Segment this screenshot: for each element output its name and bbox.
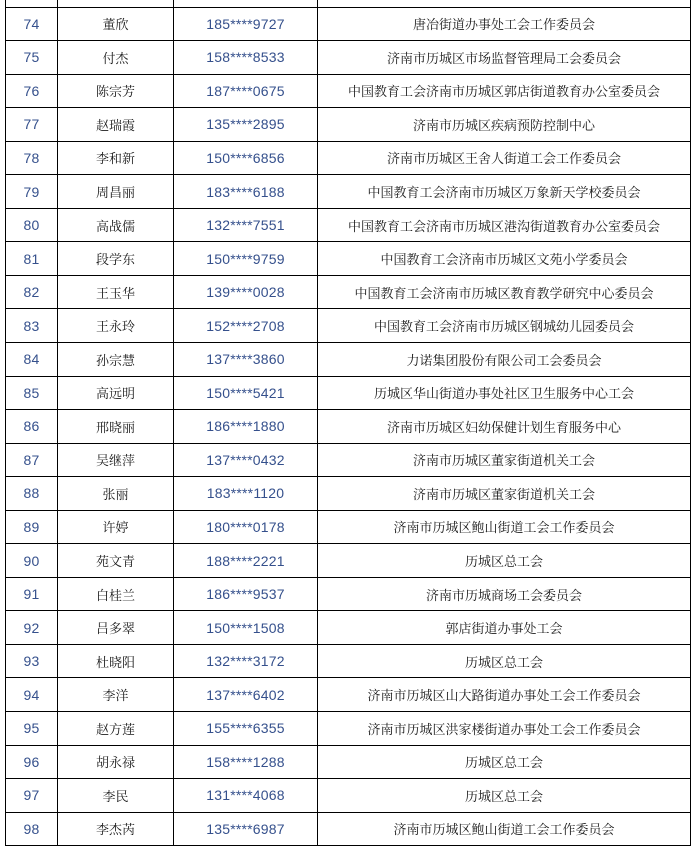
name-cell: 李洋 xyxy=(58,678,174,712)
name-cell: 赵瑞霞 xyxy=(58,108,174,142)
index-cell: 93 xyxy=(6,644,58,678)
org-cell: 历城区总工会 xyxy=(318,644,691,678)
phone-cell: 139****0028 xyxy=(174,275,318,309)
name-cell: 周昌丽 xyxy=(58,175,174,209)
table-row: 87吴继萍137****0432济南市历城区董家街道机关工会 xyxy=(6,443,691,477)
org-cell: 历城区总工会 xyxy=(318,745,691,779)
phone-cell: 137****6402 xyxy=(174,678,318,712)
table-row: 92吕多翠150****1508郭店街道办事处工会 xyxy=(6,611,691,645)
phone-cell: 188****2221 xyxy=(174,544,318,578)
name-cell: 胡永禄 xyxy=(58,745,174,779)
clipped-row xyxy=(6,0,691,7)
table-row: 82王玉华139****0028中国教育工会济南市历城区教育教学研究中心委员会 xyxy=(6,275,691,309)
name-cell: 孙宗慧 xyxy=(58,342,174,376)
table-row: 90苑文青188****2221历城区总工会 xyxy=(6,544,691,578)
name-cell: 陈宗芳 xyxy=(58,74,174,108)
org-cell: 中国教育工会济南市历城区郭店街道教育办公室委员会 xyxy=(318,74,691,108)
org-cell: 中国教育工会济南市历城区钢城幼儿园委员会 xyxy=(318,309,691,343)
table-row: 83王永玲152****2708中国教育工会济南市历城区钢城幼儿园委员会 xyxy=(6,309,691,343)
index-cell: 81 xyxy=(6,242,58,276)
name-cell: 王玉华 xyxy=(58,275,174,309)
name-cell: 赵方莲 xyxy=(58,711,174,745)
clipped-cell xyxy=(58,0,174,7)
name-cell: 张丽 xyxy=(58,477,174,511)
phone-cell: 137****0432 xyxy=(174,443,318,477)
org-cell: 济南市历城区山大路街道办事处工会工作委员会 xyxy=(318,678,691,712)
table-row: 91白桂兰186****9537济南市历城商场工会委员会 xyxy=(6,577,691,611)
name-cell: 苑文青 xyxy=(58,544,174,578)
index-cell: 94 xyxy=(6,678,58,712)
org-cell: 历城区总工会 xyxy=(318,779,691,813)
index-cell: 88 xyxy=(6,477,58,511)
phone-cell: 150****1508 xyxy=(174,611,318,645)
org-cell: 中国教育工会济南市历城区教育教学研究中心委员会 xyxy=(318,275,691,309)
org-cell: 力诺集团股份有限公司工会委员会 xyxy=(318,342,691,376)
phone-cell: 132****7551 xyxy=(174,208,318,242)
index-cell: 80 xyxy=(6,208,58,242)
name-cell: 李和新 xyxy=(58,141,174,175)
index-cell: 98 xyxy=(6,812,58,846)
org-cell: 中国教育工会济南市历城区万象新天学校委员会 xyxy=(318,175,691,209)
index-cell: 83 xyxy=(6,309,58,343)
name-cell: 李民 xyxy=(58,779,174,813)
phone-cell: 135****6987 xyxy=(174,812,318,846)
name-cell: 李杰芮 xyxy=(58,812,174,846)
phone-cell: 150****5421 xyxy=(174,376,318,410)
phone-cell: 158****8533 xyxy=(174,41,318,75)
phone-cell: 183****1120 xyxy=(174,477,318,511)
table-row: 84孙宗慧137****3860力诺集团股份有限公司工会委员会 xyxy=(6,342,691,376)
name-cell: 高远明 xyxy=(58,376,174,410)
table-row: 79周昌丽183****6188中国教育工会济南市历城区万象新天学校委员会 xyxy=(6,175,691,209)
index-cell: 75 xyxy=(6,41,58,75)
table-row: 80高战儒132****7551中国教育工会济南市历城区港沟街道教育办公室委员会 xyxy=(6,208,691,242)
org-cell: 济南市历城区市场监督管理局工会委员会 xyxy=(318,41,691,75)
index-cell: 97 xyxy=(6,779,58,813)
phone-cell: 131****4068 xyxy=(174,779,318,813)
name-cell: 董欣 xyxy=(58,7,174,41)
org-cell: 唐冶街道办事处工会工作委员会 xyxy=(318,7,691,41)
index-cell: 78 xyxy=(6,141,58,175)
index-cell: 85 xyxy=(6,376,58,410)
org-cell: 济南市历城区妇幼保健计划生育服务中心 xyxy=(318,410,691,444)
index-cell: 92 xyxy=(6,611,58,645)
table-row: 74董欣185****9727唐冶街道办事处工会工作委员会 xyxy=(6,7,691,41)
clipped-cell xyxy=(6,0,58,7)
index-cell: 82 xyxy=(6,275,58,309)
table-row: 89许婷180****0178济南市历城区鲍山街道工会工作委员会 xyxy=(6,510,691,544)
name-cell: 杜晓阳 xyxy=(58,644,174,678)
name-cell: 王永玲 xyxy=(58,309,174,343)
phone-cell: 132****3172 xyxy=(174,644,318,678)
clipped-cell xyxy=(174,0,318,7)
phone-cell: 152****2708 xyxy=(174,309,318,343)
phone-cell: 150****6856 xyxy=(174,141,318,175)
table-row: 85高远明150****5421历城区华山街道办事处社区卫生服务中心工会 xyxy=(6,376,691,410)
phone-cell: 187****0675 xyxy=(174,74,318,108)
org-cell: 济南市历城商场工会委员会 xyxy=(318,577,691,611)
table-row: 76陈宗芳187****0675中国教育工会济南市历城区郭店街道教育办公室委员会 xyxy=(6,74,691,108)
phone-cell: 135****2895 xyxy=(174,108,318,142)
index-cell: 74 xyxy=(6,7,58,41)
table-row: 88张丽183****1120济南市历城区董家街道机关工会 xyxy=(6,477,691,511)
phone-cell: 180****0178 xyxy=(174,510,318,544)
phone-cell: 137****3860 xyxy=(174,342,318,376)
org-cell: 济南市历城区疾病预防控制中心 xyxy=(318,108,691,142)
index-cell: 90 xyxy=(6,544,58,578)
org-cell: 济南市历城区董家街道机关工会 xyxy=(318,443,691,477)
table-row: 93杜晓阳132****3172历城区总工会 xyxy=(6,644,691,678)
index-cell: 96 xyxy=(6,745,58,779)
name-cell: 段学东 xyxy=(58,242,174,276)
index-cell: 79 xyxy=(6,175,58,209)
org-cell: 历城区华山街道办事处社区卫生服务中心工会 xyxy=(318,376,691,410)
org-cell: 中国教育工会济南市历城区港沟街道教育办公室委员会 xyxy=(318,208,691,242)
name-cell: 付杰 xyxy=(58,41,174,75)
table-row: 97李民131****4068历城区总工会 xyxy=(6,779,691,813)
index-cell: 77 xyxy=(6,108,58,142)
phone-cell: 183****6188 xyxy=(174,175,318,209)
table-row: 86邢晓丽186****1880济南市历城区妇幼保健计划生育服务中心 xyxy=(6,410,691,444)
name-cell: 吴继萍 xyxy=(58,443,174,477)
page: 74董欣185****9727唐冶街道办事处工会工作委员会75付杰158****… xyxy=(0,0,695,858)
org-cell: 济南市历城区王舍人街道工会工作委员会 xyxy=(318,141,691,175)
name-cell: 许婷 xyxy=(58,510,174,544)
org-cell: 中国教育工会济南市历城区文苑小学委员会 xyxy=(318,242,691,276)
index-cell: 95 xyxy=(6,711,58,745)
table-row: 95赵方莲155****6355济南市历城区洪家楼街道办事处工会工作委员会 xyxy=(6,711,691,745)
roster-body: 74董欣185****9727唐冶街道办事处工会工作委员会75付杰158****… xyxy=(6,0,691,846)
org-cell: 郭店街道办事处工会 xyxy=(318,611,691,645)
table-row: 81段学东150****9759中国教育工会济南市历城区文苑小学委员会 xyxy=(6,242,691,276)
phone-cell: 150****9759 xyxy=(174,242,318,276)
phone-cell: 185****9727 xyxy=(174,7,318,41)
name-cell: 高战儒 xyxy=(58,208,174,242)
org-cell: 济南市历城区董家街道机关工会 xyxy=(318,477,691,511)
index-cell: 87 xyxy=(6,443,58,477)
table-row: 77赵瑞霞135****2895济南市历城区疾病预防控制中心 xyxy=(6,108,691,142)
clipped-cell xyxy=(318,0,691,7)
table-row: 75付杰158****8533济南市历城区市场监督管理局工会委员会 xyxy=(6,41,691,75)
table-row: 98李杰芮135****6987济南市历城区鲍山街道工会工作委员会 xyxy=(6,812,691,846)
index-cell: 91 xyxy=(6,577,58,611)
org-cell: 济南市历城区鲍山街道工会工作委员会 xyxy=(318,812,691,846)
roster-table: 74董欣185****9727唐冶街道办事处工会工作委员会75付杰158****… xyxy=(5,0,691,846)
index-cell: 84 xyxy=(6,342,58,376)
phone-cell: 158****1288 xyxy=(174,745,318,779)
name-cell: 吕多翠 xyxy=(58,611,174,645)
name-cell: 白桂兰 xyxy=(58,577,174,611)
phone-cell: 186****9537 xyxy=(174,577,318,611)
table-row: 96胡永禄158****1288历城区总工会 xyxy=(6,745,691,779)
table-row: 78李和新150****6856济南市历城区王舍人街道工会工作委员会 xyxy=(6,141,691,175)
phone-cell: 186****1880 xyxy=(174,410,318,444)
name-cell: 邢晓丽 xyxy=(58,410,174,444)
org-cell: 济南市历城区洪家楼街道办事处工会工作委员会 xyxy=(318,711,691,745)
org-cell: 济南市历城区鲍山街道工会工作委员会 xyxy=(318,510,691,544)
org-cell: 历城区总工会 xyxy=(318,544,691,578)
index-cell: 76 xyxy=(6,74,58,108)
index-cell: 89 xyxy=(6,510,58,544)
table-row: 94李洋137****6402济南市历城区山大路街道办事处工会工作委员会 xyxy=(6,678,691,712)
index-cell: 86 xyxy=(6,410,58,444)
phone-cell: 155****6355 xyxy=(174,711,318,745)
